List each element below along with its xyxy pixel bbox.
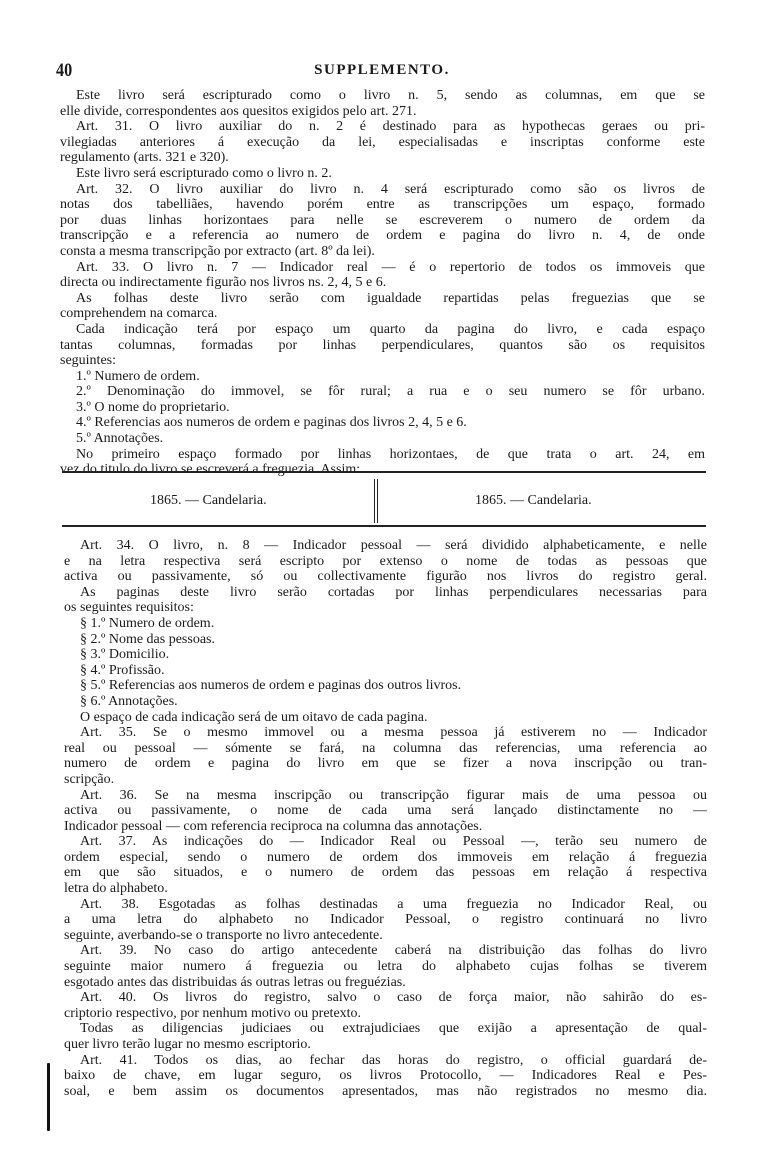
text-line: Art. 37. As indicações do — Indicador Re… <box>64 834 707 850</box>
text-line: activa ou passivamente, só ou collectiva… <box>64 569 707 585</box>
table-top-rule <box>62 471 706 473</box>
running-title: SUPPLEMENTO. <box>56 62 708 79</box>
text-line: soal, e bem assim os documentos apresent… <box>64 1084 707 1100</box>
text-line: Art. 41. Todos os dias, ao fechar das ho… <box>64 1053 707 1069</box>
text-line: § 2.º Nome das pessoas. <box>64 632 707 648</box>
text-line: notas dos tabelliães, havendo porém entr… <box>60 197 705 213</box>
text-line: consta a mesma transcripção por extracto… <box>60 244 705 260</box>
text-line: Art. 38. Esgotadas as folhas destinadas … <box>64 897 707 913</box>
text-line: por duas linhas horizontaes para nelle s… <box>60 213 705 229</box>
text-line: criptorio respectivo, por nenhum motivo … <box>64 1006 707 1022</box>
text-line: 2.º Denominação do immovel, se fôr rural… <box>60 384 705 400</box>
text-line: O espaço de cada indicação será de um oi… <box>64 710 707 726</box>
text-line: baixo de chave, em lugar seguro, os livr… <box>64 1068 707 1084</box>
text-line: 1.º Numero de ordem. <box>60 369 705 385</box>
text-line: § 1.º Numero de ordem. <box>64 616 707 632</box>
text-line: As folhas deste livro serão com igualdad… <box>60 291 705 307</box>
table-double-divider <box>374 479 378 523</box>
text-line: Este livro será escripturado como o livr… <box>60 166 705 182</box>
example-table: 1865. — Candelaria. 1865. — Candelaria. <box>62 471 706 527</box>
text-line: vilegiadas anteriores á execução da lei,… <box>60 135 705 151</box>
text-line: tantas columnas, formadas por linhas per… <box>60 338 705 354</box>
text-line: elle divide, correspondentes aos quesito… <box>60 104 705 120</box>
text-line: seguintes: <box>60 353 705 369</box>
text-line: 3.º O nome do proprietario. <box>60 400 705 416</box>
text-line: Todas as diligencias judiciaes ou extraj… <box>64 1021 707 1037</box>
text-line: Art. 33. O livro n. 7 — Indicador real —… <box>60 260 705 276</box>
text-line: regulamento (arts. 321 e 320). <box>60 150 705 166</box>
text-line: 5.º Annotações. <box>60 431 705 447</box>
text-line: Art. 35. Se o mesmo immovel ou a mesma p… <box>64 725 707 741</box>
text-line: ordem especial, sendo o numero de ordem … <box>64 850 707 866</box>
text-line: Indicador pessoal — com referencia recip… <box>64 819 707 835</box>
scan-artifact-mark <box>47 1063 50 1131</box>
text-line: 4.º Referencias aos numeros de ordem e p… <box>60 415 705 431</box>
text-line: No primeiro espaço formado por linhas ho… <box>60 447 705 463</box>
text-line: os seguintes requisitos: <box>64 600 707 616</box>
text-line: § 3.º Domicilio. <box>64 647 707 663</box>
text-line: § 6.º Annotações. <box>64 694 707 710</box>
text-line: Este livro será escripturado como o livr… <box>60 88 705 104</box>
text-line: directa ou indirectamente figurão nos li… <box>60 275 705 291</box>
text-line: Art. 39. No caso do artigo antecedente c… <box>64 943 707 959</box>
text-line: quer livro terão lugar no mesmo escripto… <box>64 1037 707 1053</box>
text-line: comprehendem na comarca. <box>60 306 705 322</box>
text-line: As paginas deste livro serão cortadas po… <box>64 585 707 601</box>
document-page: 40 SUPPLEMENTO. Este livro será escriptu… <box>0 0 778 1170</box>
text-line: em que são situados, e o numero de ordem… <box>64 865 707 881</box>
text-line: scripção. <box>64 772 707 788</box>
text-line: a uma letra do alphabeto no Indicador Pe… <box>64 912 707 928</box>
text-line: seguinte maior numero á freguezia ou let… <box>64 959 707 975</box>
text-line: transcripção e a referencia ao numero de… <box>60 228 705 244</box>
text-line: Art. 31. O livro auxiliar do n. 2 é dest… <box>60 119 705 135</box>
text-line: numero de ordem e pagina do livro em que… <box>64 756 707 772</box>
text-line: Cada indicação terá por espaço um quarto… <box>60 322 705 338</box>
text-block-articles-34-41: Art. 34. O livro, n. 8 — Indicador pesso… <box>64 538 707 1099</box>
table-cell-right: 1865. — Candelaria. <box>475 493 592 509</box>
text-line: e na letra respectiva será escripto por … <box>64 554 707 570</box>
text-line: Art. 34. O livro, n. 8 — Indicador pesso… <box>64 538 707 554</box>
text-line: esgotado antes das distribuidas ás outra… <box>64 975 707 991</box>
text-block-articles-31-33: Este livro será escripturado como o livr… <box>60 88 705 478</box>
table-cell-left: 1865. — Candelaria. <box>150 493 267 509</box>
text-line: Art. 36. Se na mesma inscripção ou trans… <box>64 788 707 804</box>
page-header: 40 SUPPLEMENTO. <box>56 60 708 82</box>
text-line: activa ou passivamente, o nome de cada u… <box>64 803 707 819</box>
text-line: § 5.º Referencias aos numeros de ordem e… <box>64 678 707 694</box>
text-line: § 4.º Profissão. <box>64 663 707 679</box>
text-line: Art. 32. O livro auxiliar do livro n. 4 … <box>60 182 705 198</box>
text-line: letra do alphabeto. <box>64 881 707 897</box>
text-line: seguinte, averbando-se o transporte no l… <box>64 928 707 944</box>
text-line: Art. 40. Os livros do registro, salvo o … <box>64 990 707 1006</box>
text-line: real ou pessoal — sómente se fará, na co… <box>64 741 707 757</box>
table-bottom-rule <box>62 525 706 527</box>
